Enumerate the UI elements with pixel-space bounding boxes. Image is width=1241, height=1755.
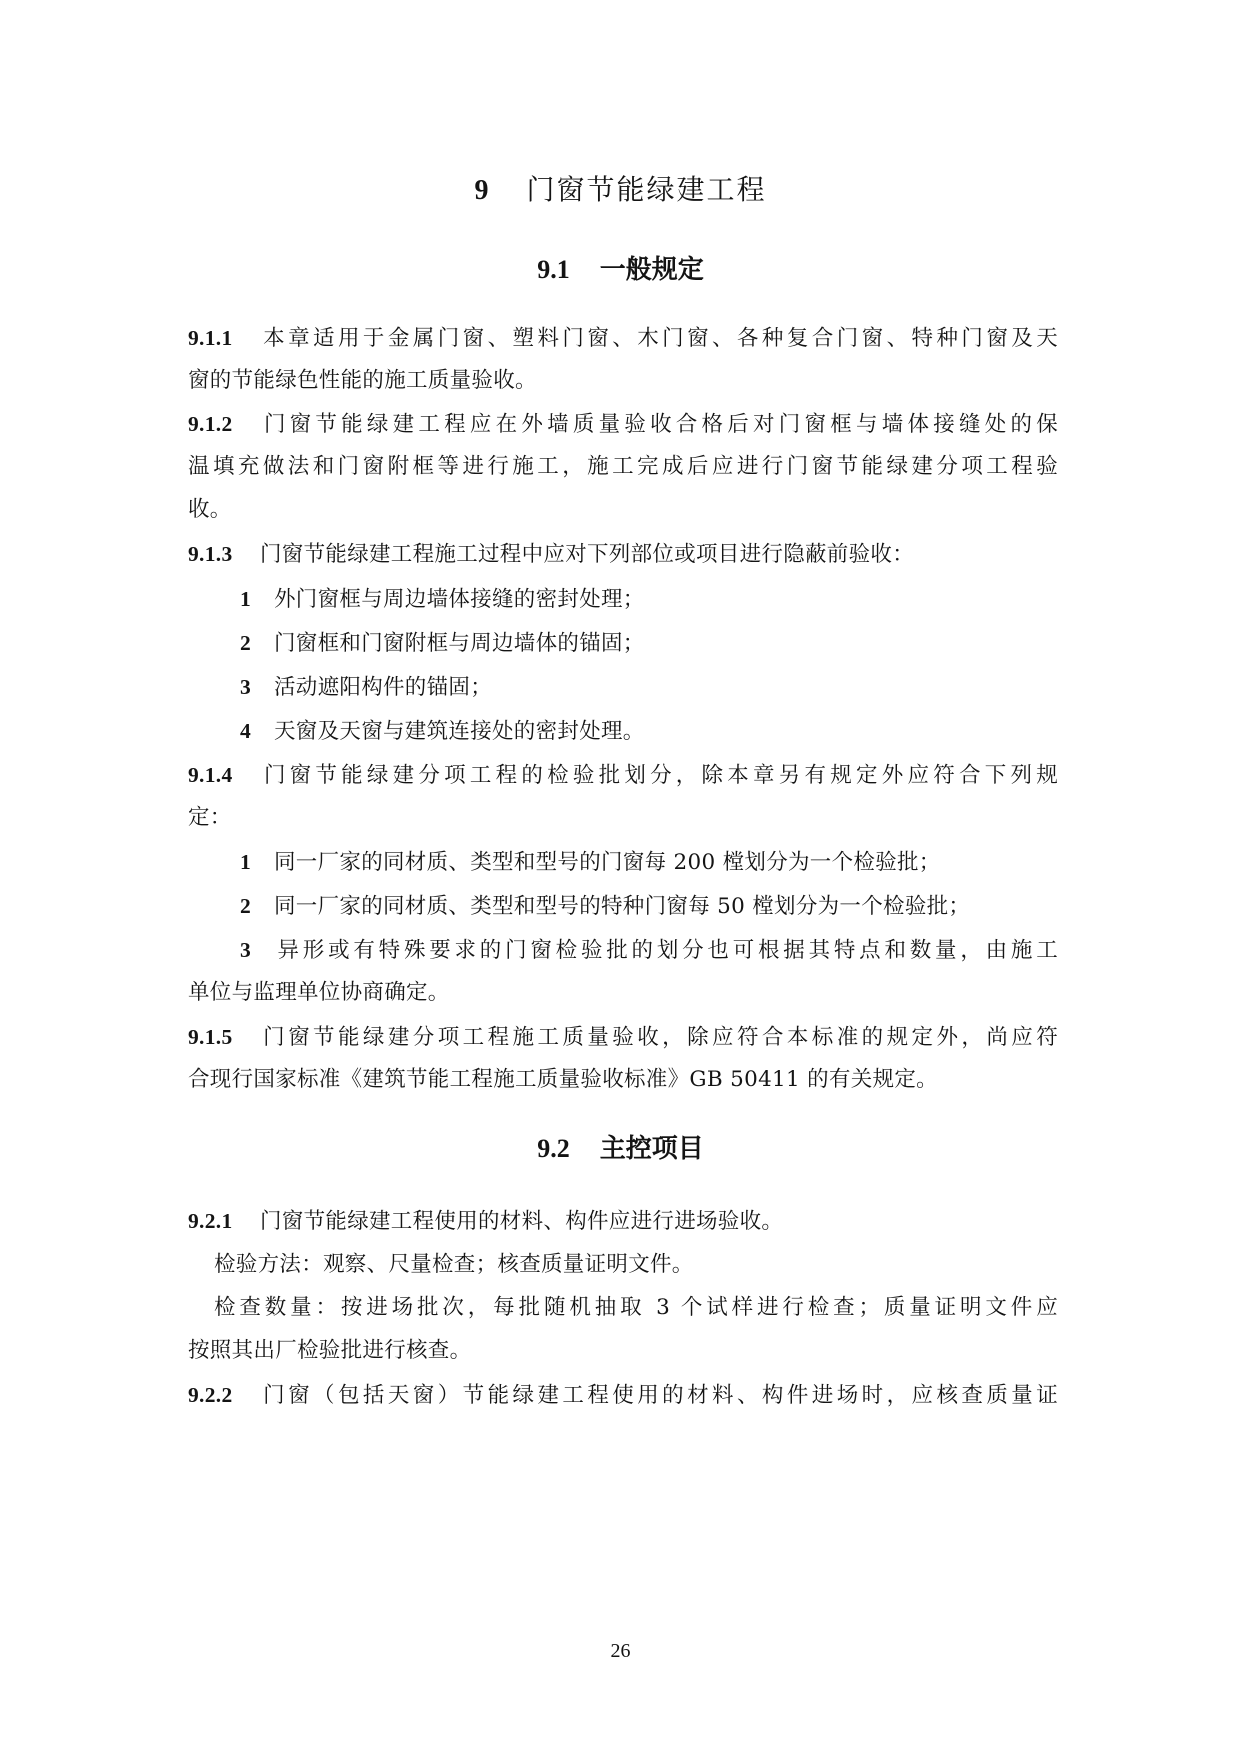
- item-number: 2: [240, 628, 274, 658]
- list-item: 1外门窗框与周边墙体接缝的密封处理；: [240, 584, 1058, 615]
- item-number: 4: [240, 716, 274, 746]
- item-number: 3: [240, 935, 274, 965]
- clause-9-1-2-line-3: 收。: [188, 495, 1058, 525]
- section-title-9-1: 9.1一般规定: [0, 252, 1241, 288]
- clause-9-2-1-line-1: 9.2.1门窗节能绿建工程使用的材料、构件应进行进场验收。: [188, 1206, 1058, 1237]
- clause-text: 门窗节能绿建分项工程的检验批划分，除本章另有规定外应符合下列规: [260, 763, 1058, 788]
- clause-text: 门窗节能绿建工程施工过程中应对下列部位或项目进行隐蔽前验收：: [260, 542, 914, 567]
- clause-text: 门窗节能绿建分项工程施工质量验收，除应符合本标准的规定外，尚应符: [260, 1025, 1058, 1050]
- clause-number: 9.2.2: [188, 1380, 260, 1410]
- clause-9-1-5-line-2: 合现行国家标准《建筑节能工程施工质量验收标准》GB 50411 的有关规定。: [188, 1065, 1058, 1095]
- inspection-quantity-line-2: 按照其出厂检验批进行核查。: [188, 1336, 1058, 1366]
- item-text: 门窗框和门窗附框与周边墙体的锚固；: [274, 631, 645, 656]
- item-number: 1: [240, 847, 274, 877]
- list-item-continuation: 单位与监理单位协商确定。: [188, 978, 1058, 1008]
- section-title-9-2: 9.2主控项目: [0, 1131, 1241, 1167]
- clause-9-2-2-line-1: 9.2.2门窗（包括天窗）节能绿建工程使用的材料、构件进场时，应核查质量证: [188, 1380, 1058, 1411]
- document-page: 9门窗节能绿建工程 9.1一般规定 9.1.1本章适用于金属门窗、塑料门窗、木门…: [0, 0, 1241, 1755]
- clause-number: 9.2.1: [188, 1206, 260, 1236]
- clause-number: 9.1.4: [188, 760, 260, 790]
- clause-9-1-5-line-1: 9.1.5门窗节能绿建分项工程施工质量验收，除应符合本标准的规定外，尚应符: [188, 1022, 1058, 1053]
- inspection-method: 检验方法：观察、尺量检查；核查质量证明文件。: [214, 1250, 1084, 1280]
- item-text: 异形或有特殊要求的门窗检验批的划分也可根据其特点和数量，由施工: [274, 938, 1058, 963]
- list-item: 2同一厂家的同材质、类型和型号的特种门窗每 50 樘划分为一个检验批；: [240, 891, 1058, 922]
- clause-text: 本章适用于金属门窗、塑料门窗、木门窗、各种复合门窗、特种门窗及天: [260, 326, 1058, 351]
- clause-text: 门窗节能绿建工程应在外墙质量验收合格后对门窗框与墙体接缝处的保: [260, 412, 1058, 437]
- clause-number: 9.1.3: [188, 539, 260, 569]
- item-text: 同一厂家的同材质、类型和型号的特种门窗每 50 樘划分为一个检验批；: [274, 894, 970, 919]
- list-item: 2门窗框和门窗附框与周边墙体的锚固；: [240, 628, 1058, 659]
- clause-9-1-2-line-2: 温填充做法和门窗附框等进行施工，施工完成后应进行门窗节能绿建分项工程验: [188, 452, 1058, 482]
- section-title-text: 主控项目: [600, 1134, 704, 1164]
- section-number: 9.2: [537, 1134, 570, 1163]
- item-text: 活动遮阳构件的锚固；: [274, 675, 492, 700]
- section-number: 9.1: [537, 255, 570, 284]
- chapter-title-text: 门窗节能绿建工程: [526, 173, 766, 206]
- chapter-title: 9门窗节能绿建工程: [0, 170, 1241, 211]
- list-item: 3活动遮阳构件的锚固；: [240, 672, 1058, 703]
- item-text: 天窗及天窗与建筑连接处的密封处理。: [274, 719, 645, 744]
- item-number: 1: [240, 584, 274, 614]
- clause-9-1-1-line-1: 9.1.1本章适用于金属门窗、塑料门窗、木门窗、各种复合门窗、特种门窗及天: [188, 323, 1058, 354]
- clause-text: 门窗节能绿建工程使用的材料、构件应进行进场验收。: [260, 1209, 783, 1234]
- clause-number: 9.1.2: [188, 409, 260, 439]
- item-text: 外门窗框与周边墙体接缝的密封处理；: [274, 587, 645, 612]
- item-number: 3: [240, 672, 274, 702]
- page-number: 26: [0, 1638, 1241, 1664]
- inspection-quantity-line-1: 检查数量：按进场批次，每批随机抽取 3 个试样进行检查；质量证明文件应: [214, 1293, 1058, 1323]
- item-text: 同一厂家的同材质、类型和型号的门窗每 200 樘划分为一个检验批；: [274, 850, 941, 875]
- list-item: 3异形或有特殊要求的门窗检验批的划分也可根据其特点和数量，由施工: [240, 935, 1058, 966]
- list-item: 4天窗及天窗与建筑连接处的密封处理。: [240, 716, 1058, 747]
- clause-9-1-2-line-1: 9.1.2门窗节能绿建工程应在外墙质量验收合格后对门窗框与墙体接缝处的保: [188, 409, 1058, 440]
- item-number: 2: [240, 891, 274, 921]
- clause-number: 9.1.5: [188, 1022, 260, 1052]
- clause-text: 门窗（包括天窗）节能绿建工程使用的材料、构件进场时，应核查质量证: [260, 1383, 1058, 1408]
- clause-9-1-1-line-2: 窗的节能绿色性能的施工质量验收。: [188, 366, 1058, 396]
- clause-9-1-4-line-2: 定：: [188, 803, 1058, 833]
- clause-9-1-3-line-1: 9.1.3门窗节能绿建工程施工过程中应对下列部位或项目进行隐蔽前验收：: [188, 539, 1058, 570]
- list-item: 1同一厂家的同材质、类型和型号的门窗每 200 樘划分为一个检验批；: [240, 847, 1058, 878]
- clause-9-1-4-line-1: 9.1.4门窗节能绿建分项工程的检验批划分，除本章另有规定外应符合下列规: [188, 760, 1058, 791]
- clause-number: 9.1.1: [188, 323, 260, 353]
- chapter-number: 9: [474, 175, 490, 206]
- section-title-text: 一般规定: [600, 255, 704, 285]
